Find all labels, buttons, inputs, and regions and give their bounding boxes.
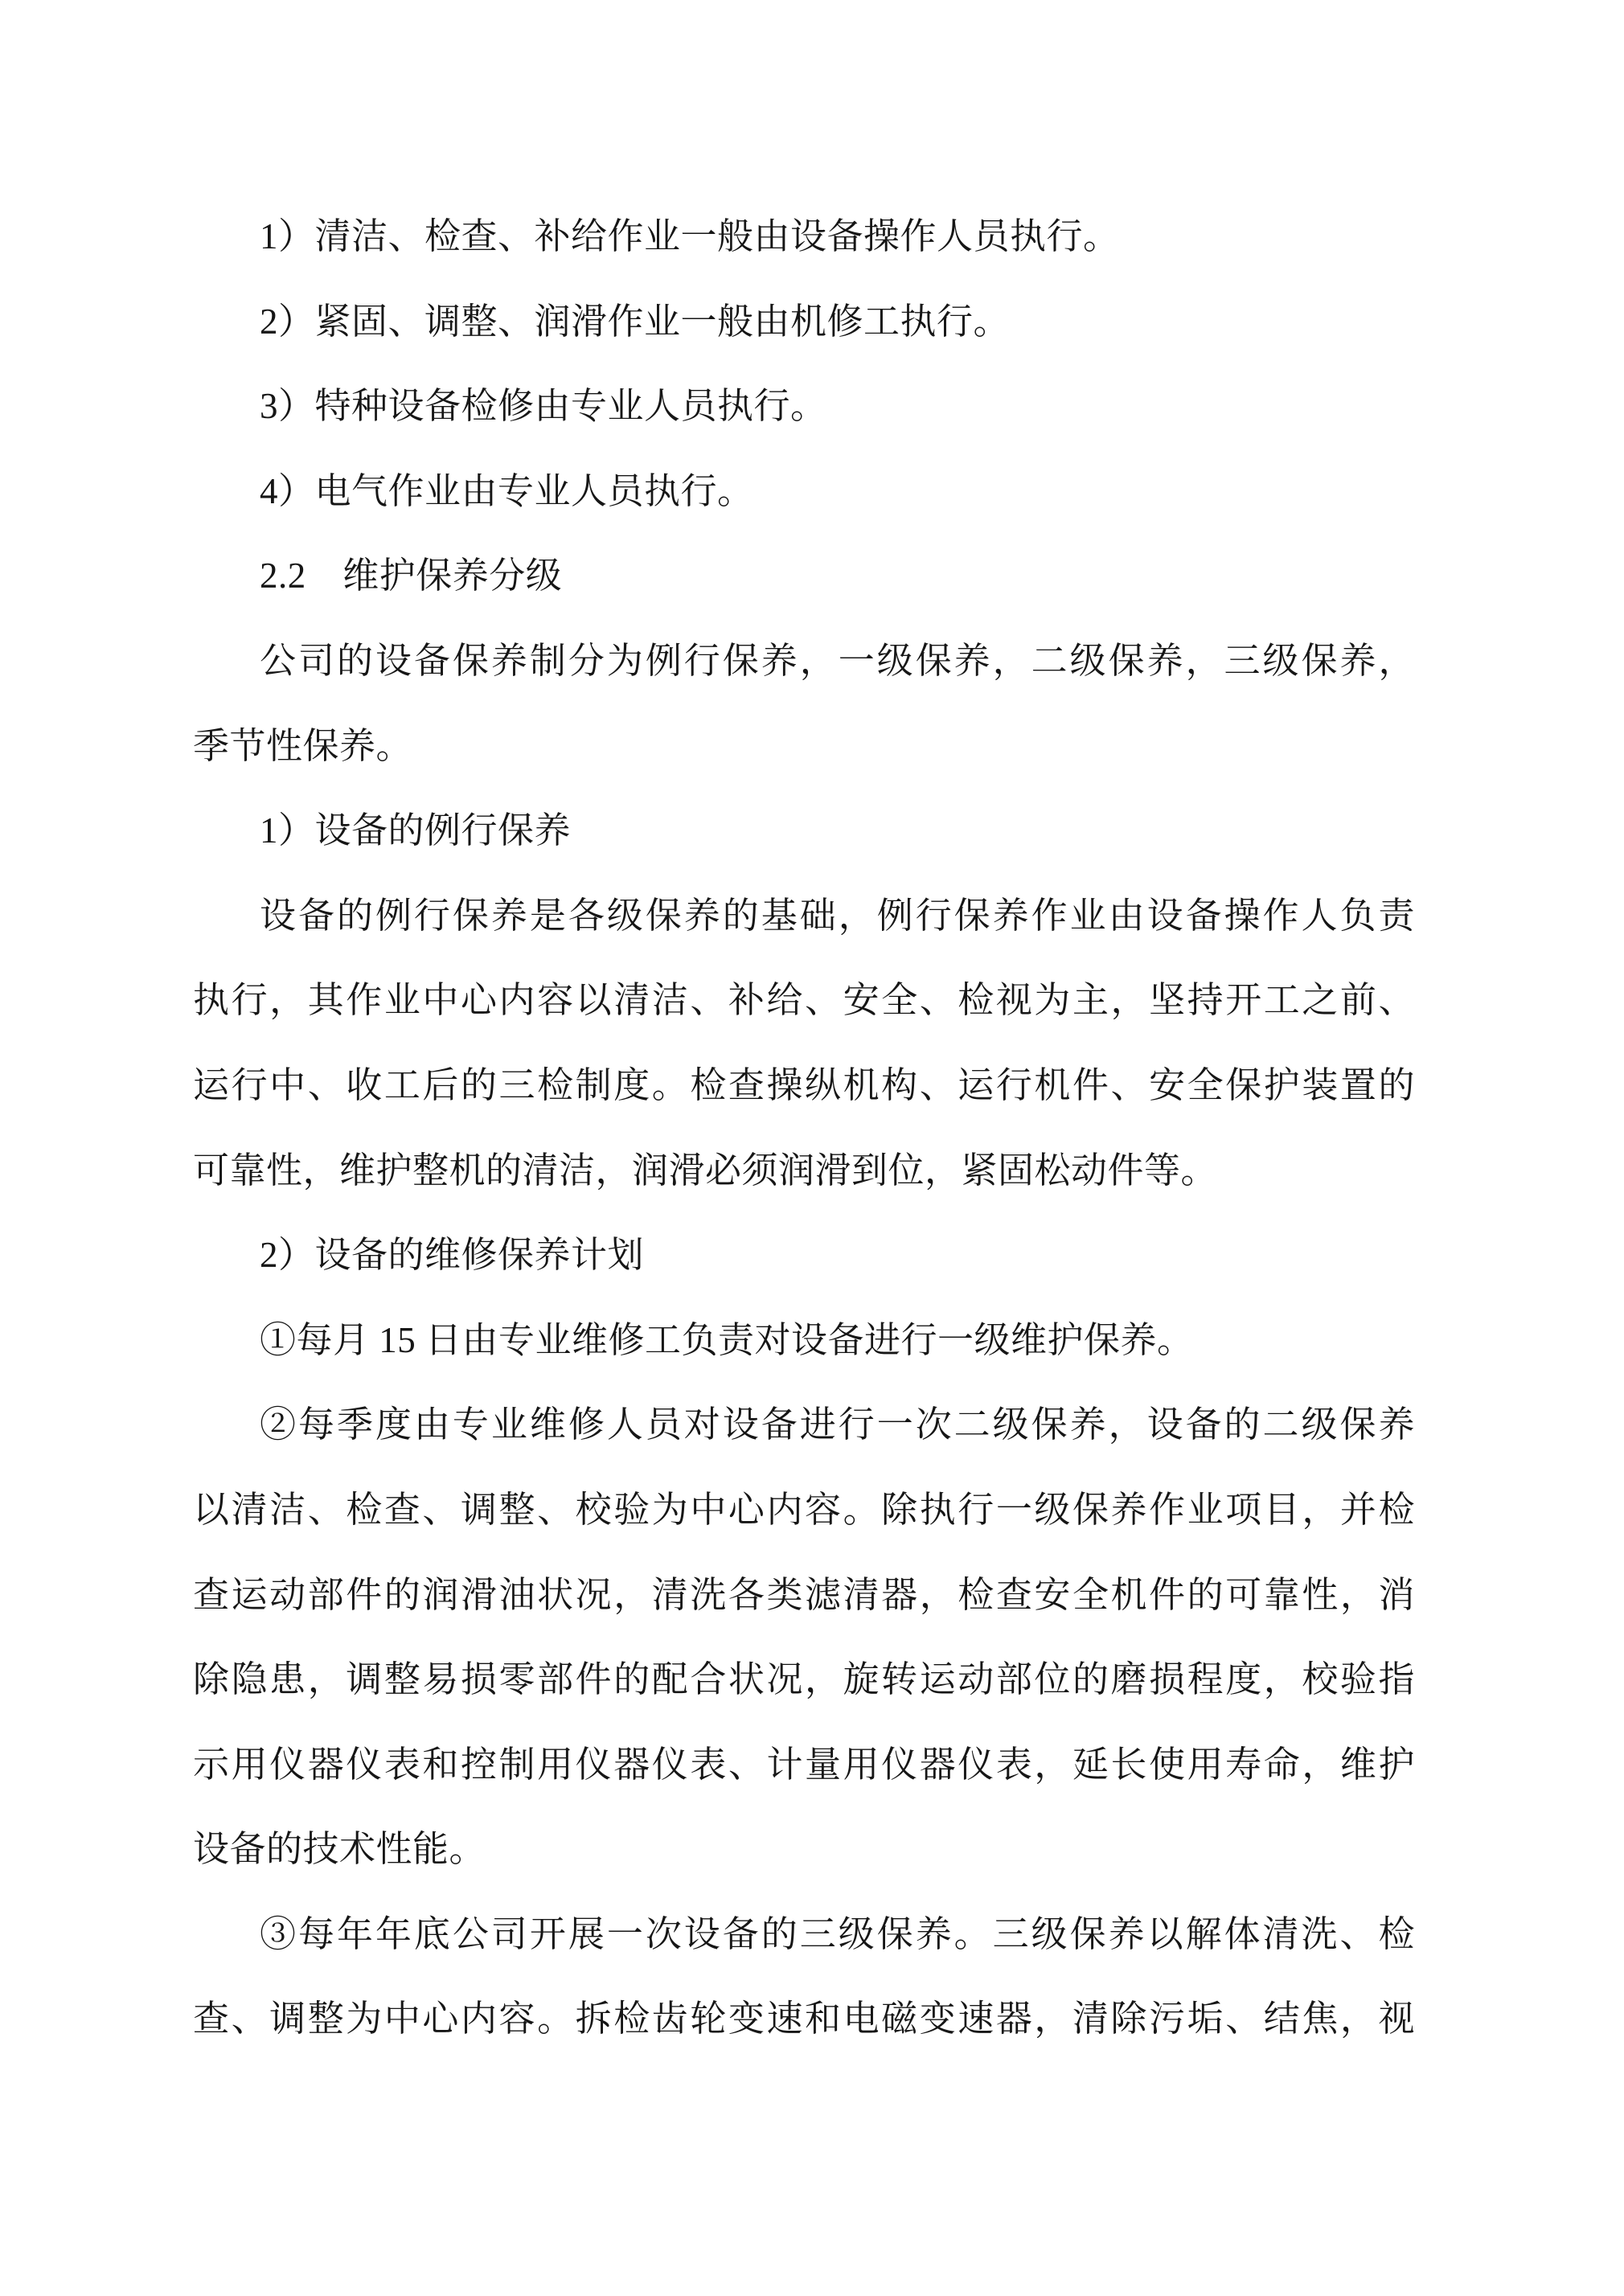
- doc-line: 除隐患，调整易损零部件的配合状况，旋转运动部位的磨损程度，校验指: [193, 1638, 1415, 1723]
- doc-line: 查运动部件的润滑油状况，清洗各类滤清器，检查安全机件的可靠性，消: [193, 1553, 1415, 1638]
- doc-line: 可靠性，维护整机的清洁，润滑必须润滑到位，紧固松动件等。: [193, 1129, 1415, 1214]
- doc-line: 2）设备的维修保养计划: [193, 1213, 1415, 1298]
- doc-line: 公司的设备保养制分为例行保养，一级保养，二级保养，三级保养，: [193, 619, 1415, 704]
- doc-line: 执行，其作业中心内容以清洁、补给、安全、检视为主，坚持开工之前、: [193, 958, 1415, 1043]
- document-text-block: 1）清洁、检查、补给作业一般由设备操作人员执行。 2）紧固、调整、润滑作业一般由…: [193, 195, 1415, 2062]
- document-page: 1）清洁、检查、补给作业一般由设备操作人员执行。 2）紧固、调整、润滑作业一般由…: [0, 0, 1624, 2296]
- doc-line: ②每季度由专业维修人员对设备进行一次二级保养，设备的二级保养: [193, 1383, 1415, 1468]
- doc-line: 1）设备的例行保养: [193, 789, 1415, 874]
- doc-line: ①每月 15 日由专业维修工负责对设备进行一级维护保养。: [193, 1298, 1415, 1384]
- doc-line: ③每年年底公司开展一次设备的三级保养。三级保养以解体清洗、检: [193, 1892, 1415, 1978]
- doc-line: 运行中、收工后的三检制度。检查操纵机构、运行机件、安全保护装置的: [193, 1043, 1415, 1129]
- doc-line: 1）清洁、检查、补给作业一般由设备操作人员执行。: [193, 195, 1415, 280]
- doc-line: 示用仪器仪表和控制用仪器仪表、计量用仪器仪表，延长使用寿命，维护: [193, 1723, 1415, 1808]
- doc-line: 设备的技术性能。: [193, 1807, 1415, 1892]
- doc-line: 季节性保养。: [193, 704, 1415, 789]
- doc-heading-line: 2.2 维护保养分级: [193, 534, 1415, 619]
- doc-line: 3）特种设备检修由专业人员执行。: [193, 364, 1415, 449]
- doc-line: 查、调整为中心内容。拆检齿轮变速和电磁变速器，清除污垢、结焦，视: [193, 1977, 1415, 2062]
- doc-line: 设备的例行保养是各级保养的基础，例行保养作业由设备操作人负责: [193, 874, 1415, 959]
- doc-line: 4）电气作业由专业人员执行。: [193, 449, 1415, 535]
- doc-line: 2）紧固、调整、润滑作业一般由机修工执行。: [193, 280, 1415, 365]
- doc-line: 以清洁、检查、调整、校验为中心内容。除执行一级保养作业项目，并检: [193, 1468, 1415, 1553]
